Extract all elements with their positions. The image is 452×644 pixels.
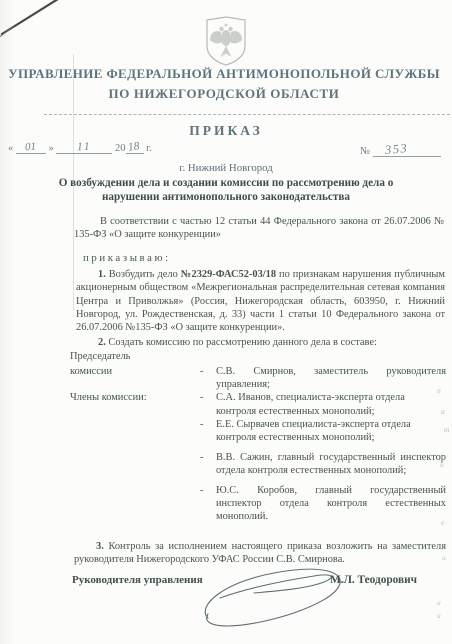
handwritten-signature [196,562,344,630]
item1-text-pre: Возбудить дело [106,269,181,280]
order-item-2: 2. Создать комиссию по рассмотрению данн… [76,336,445,349]
date-day-field: 01 [16,141,46,154]
bleed-through-mark: е [441,518,444,527]
item2-number: 2. [98,337,106,348]
handwritten-year: 18 [127,140,140,153]
commission-row-label [70,451,200,477]
dash-bullet: - [200,451,216,477]
commission-member-text: С.В. Смирнов, заместитель руководителя у… [216,365,446,391]
org-name-line2: ПО НИЖЕГОРОДСКОЙ ОБЛАСТИ [0,86,448,102]
org-name-line1: УПРАВЛЕНИЕ ФЕДЕРАЛЬНОЙ АНТИМОНОПОЛЬНОЙ С… [0,66,448,82]
scanned-order-document: УПРАВЛЕНИЕ ФЕДЕРАЛЬНОЙ АНТИМОНОПОЛЬНОЙ С… [0,0,452,644]
item2-text: Создать комиссию по рассмотрению данного… [106,337,377,348]
commission-row-member: Члены комиссии: - С.А. Иванов, специалис… [70,391,446,417]
order-number-line: № 353 [360,141,448,157]
commission-row-member: - В.В. Сажин, главный государственный ин… [70,451,446,477]
commission-row-label: Члены комиссии: [70,391,200,417]
date-line: « 01 » 11 2018 г. [8,141,152,154]
item3-number: 3. [96,541,104,552]
commission-list: комиссии - С.В. Смирнов, заместитель рук… [70,365,446,523]
russia-coat-of-arms-icon [204,16,248,66]
dash-bullet: - [200,484,216,524]
number-field: 353 [373,141,441,157]
order-title: О возбуждении дела и создании комиссии п… [46,176,406,204]
bleed-through-mark: а [441,407,445,416]
dash-bullet: - [200,391,216,417]
item1-case-number: №2329-ФАС52-03/18 [181,269,276,280]
date-year-field: 18 [126,141,144,154]
bleed-through-mark: т [444,425,449,434]
handwritten-number: 353 [384,141,408,158]
commission-row-member: - Ю.С. Коробов, главный государственный … [70,484,446,524]
commission-member-text: Е.Е. Сырвачев специалиста-эксперта отдел… [216,418,446,444]
commission-member-text: В.В. Сажин, главный государственный инсп… [216,451,446,477]
commission-member-text: С.А. Иванов, специалиста-эксперта отдела… [216,391,446,417]
handwritten-day: 01 [25,141,37,154]
date-close-quote: » [49,143,54,154]
date-open-quote: « [8,143,13,154]
bleed-through-mark: и [437,611,441,620]
commission-row-member: - Е.Е. Сырвачев специалиста-эксперта отд… [70,418,446,444]
city-line: г. Нижний Новгород [0,162,452,174]
signature-position-title: Руководителя управления [72,574,203,586]
commission-row-chair: комиссии - С.В. Смирнов, заместитель рук… [70,365,446,391]
year-unit: г. [146,143,152,154]
scan-artifact-diagonal-line [0,0,64,46]
number-sign: № [360,146,370,157]
date-month-field: 11 [56,141,112,154]
item1-number: 1. [98,269,106,280]
bleed-through-mark: и [440,460,444,469]
order-item-1: 1. Возбудить дело №2329-ФАС52-03/18 по п… [76,268,445,334]
document-type-heading: ПРИКАЗ [0,123,452,139]
commission-row-label: комиссии [70,365,200,391]
legal-basis-paragraph: В соответствии с частью 12 статьи 44 Фед… [74,215,444,242]
commission-chair-label: Председатель [70,351,130,362]
signature-name: М.Л. Теодорович [330,574,417,586]
year-prefix: 20 [115,143,126,154]
commission-row-label [70,484,200,524]
dash-bullet: - [200,365,216,391]
commission-member-text: Ю.С. Коробов, главный государственный ин… [216,484,446,524]
dash-bullet: - [200,418,216,444]
header-separator-line [44,114,450,115]
bleed-through-mark: п [437,386,441,395]
bleed-through-mark: и [442,553,446,562]
order-word: приказываю: [83,252,171,264]
commission-row-label [70,418,200,444]
bleed-through-mark: н [437,598,441,607]
handwritten-month: 11 [77,141,92,154]
